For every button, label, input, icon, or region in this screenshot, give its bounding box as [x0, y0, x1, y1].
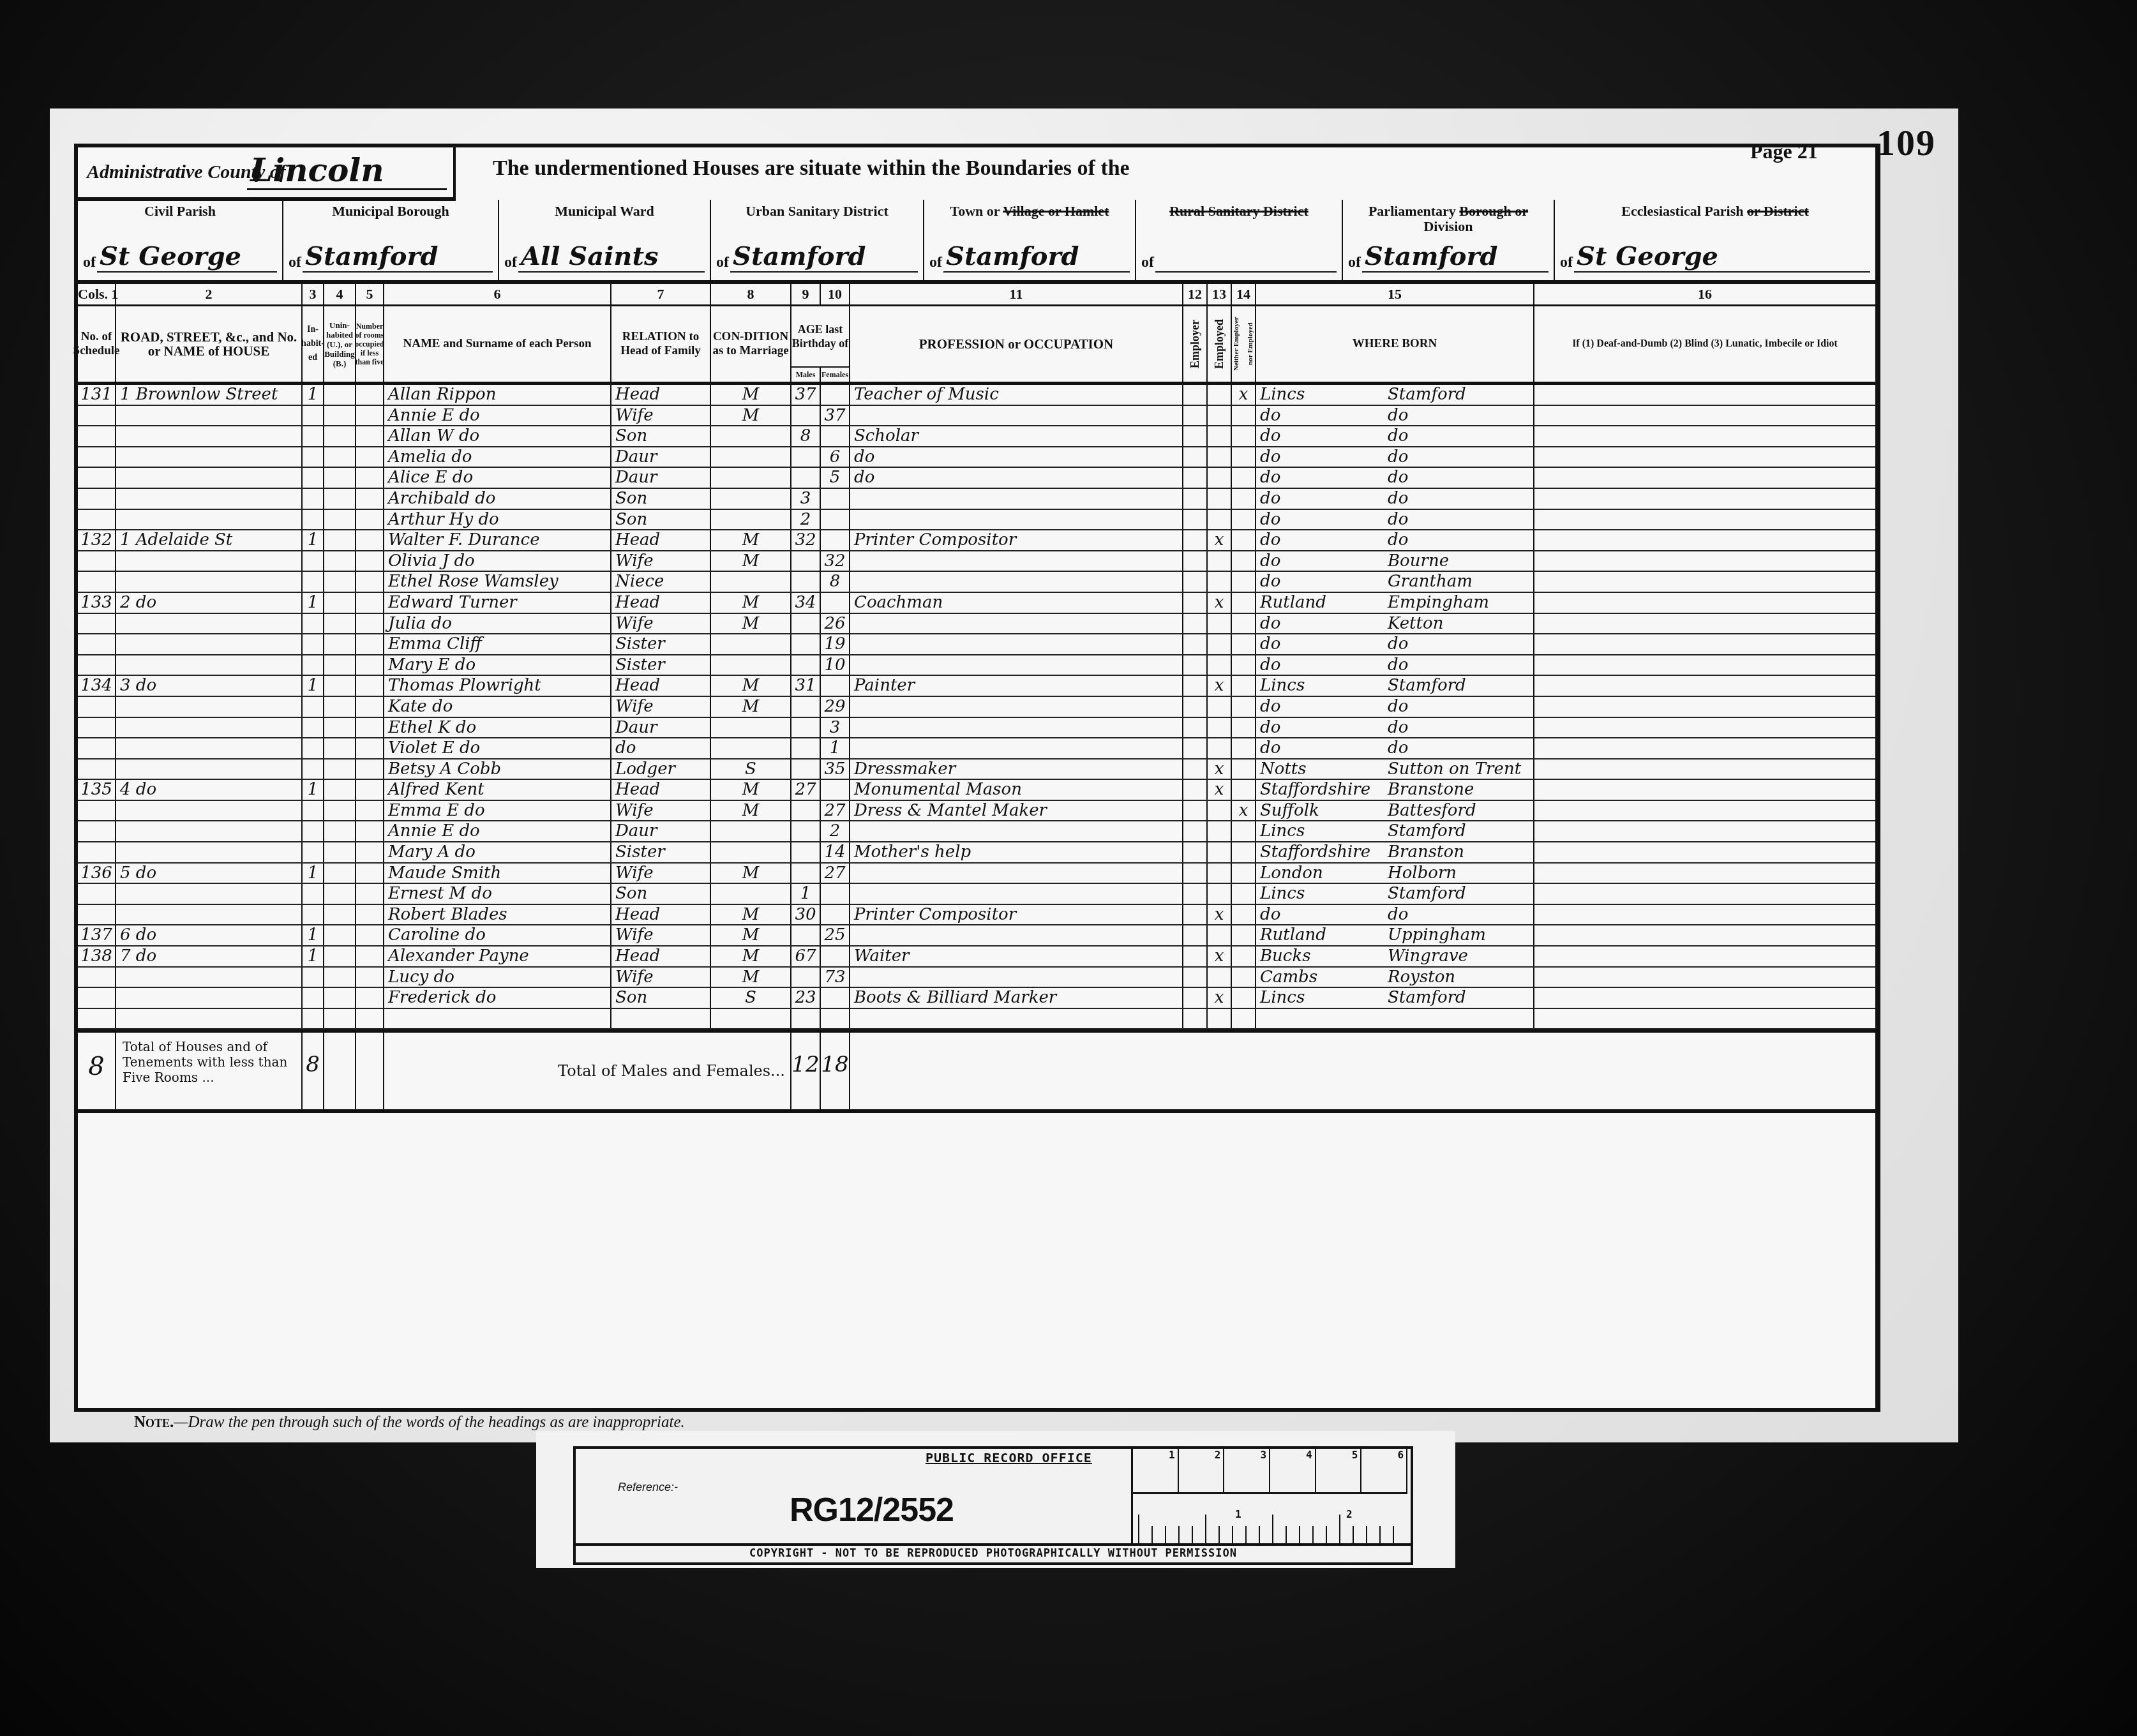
born-place: do — [1388, 697, 1408, 716]
col-num: 8 — [711, 284, 791, 304]
rooms-cell — [356, 905, 384, 925]
age-male — [791, 614, 821, 634]
rooms-cell — [356, 842, 384, 862]
inhabited-count — [303, 447, 324, 467]
rooms-cell — [356, 947, 384, 966]
schedule-number: 132 — [78, 530, 116, 550]
census-enumeration-form: Administrative County of Lincoln The und… — [74, 144, 1880, 1412]
age-female: 26 — [821, 614, 850, 634]
employer-mark — [1183, 905, 1208, 925]
table-row: 1343 do1Thomas PlowrightHeadM31PainterxL… — [78, 676, 1875, 697]
employed-mark — [1208, 489, 1232, 509]
road-address — [116, 426, 303, 446]
born-place: Royston — [1388, 968, 1455, 987]
schedule-number — [78, 968, 116, 987]
ruler-tick — [1326, 1526, 1327, 1544]
ruler-tick — [1232, 1526, 1233, 1544]
schedule-number — [78, 510, 116, 530]
heading-neither-text: Neither Employer nor Employed — [1229, 312, 1257, 376]
born-county: do — [1260, 655, 1388, 675]
employed-mark — [1208, 572, 1232, 592]
employer-mark — [1183, 697, 1208, 717]
employed-mark: x — [1208, 947, 1232, 966]
age-female — [821, 884, 850, 904]
occupation — [850, 572, 1183, 592]
born-place: Sutton on Trent — [1388, 759, 1521, 779]
where-born: NottsSutton on Trent — [1256, 759, 1534, 779]
infirmity-cell — [1534, 489, 1875, 509]
born-county: Lincs — [1260, 821, 1388, 841]
occupation — [850, 551, 1183, 571]
person-name: Edward Turner — [384, 593, 611, 613]
person-name: Julia do — [384, 614, 611, 634]
person-name: Olivia J do — [384, 551, 611, 571]
road-address — [116, 614, 303, 634]
age-female: 10 — [821, 655, 850, 675]
born-county: Lincs — [1260, 988, 1388, 1007]
inhabited-count: 1 — [303, 530, 324, 550]
born-place: Battesford — [1388, 801, 1476, 820]
relation: Head — [611, 947, 711, 966]
born-place: do — [1388, 510, 1408, 529]
age-female: 19 — [821, 634, 850, 654]
marital-condition: M — [711, 614, 791, 634]
total-rooms — [356, 1033, 384, 1109]
where-born: LincsStamford — [1256, 988, 1534, 1008]
rooms-cell — [356, 864, 384, 883]
employed-mark — [1208, 634, 1232, 654]
uninhabited-cell — [324, 634, 356, 654]
occupation: Monumental Mason — [850, 780, 1183, 800]
infirmity-cell — [1534, 780, 1875, 800]
rooms-cell — [356, 884, 384, 904]
neither-mark — [1232, 697, 1256, 717]
occupation — [850, 738, 1183, 758]
person-name: Maude Smith — [384, 864, 611, 883]
road-address — [116, 697, 303, 717]
rooms-cell — [356, 697, 384, 717]
born-place: do — [1388, 530, 1408, 550]
age-male: 8 — [791, 426, 821, 446]
ruler-tick — [1151, 1526, 1153, 1544]
total-houses: 8 — [303, 1033, 324, 1109]
born-county: do — [1260, 738, 1388, 758]
ruler-mark: 4 — [1270, 1449, 1316, 1492]
occupation — [850, 821, 1183, 841]
employed-mark: x — [1208, 759, 1232, 779]
rooms-cell — [356, 510, 384, 530]
born-county: do — [1260, 718, 1388, 737]
age-male — [791, 864, 821, 883]
inhabited-count — [303, 759, 324, 779]
age-female: 1 — [821, 738, 850, 758]
employer-mark — [1183, 489, 1208, 509]
occupation — [850, 697, 1183, 717]
col-num: 3 — [303, 284, 324, 304]
ruler-mark: 1 — [1235, 1508, 1241, 1520]
marital-condition: M — [711, 905, 791, 925]
employer-mark — [1183, 968, 1208, 987]
schedule-number — [78, 759, 116, 779]
neither-mark — [1232, 821, 1256, 841]
inhabited-count — [303, 968, 324, 987]
folio-number: 109 — [1877, 121, 1936, 164]
inhabited-count — [303, 697, 324, 717]
table-row: Violet E dodo1dodo — [78, 738, 1875, 759]
reference-box: PUBLIC RECORD OFFICE Reference:- RG12/25… — [573, 1446, 1413, 1565]
heading-rooms: Number of rooms occupied if less than fi… — [356, 306, 384, 382]
uninhabited-cell — [324, 842, 356, 862]
where-born: StaffordshireBranstone — [1256, 780, 1534, 800]
relation: Head — [611, 676, 711, 696]
marital-condition: M — [711, 864, 791, 883]
infirmity-cell — [1534, 551, 1875, 571]
where-born: SuffolkBattesford — [1256, 801, 1534, 821]
where-born: dodo — [1256, 655, 1534, 675]
age-female: 35 — [821, 759, 850, 779]
rooms-cell — [356, 385, 384, 405]
table-row: Ernest M doSon1LincsStamford — [78, 884, 1875, 905]
schedule-number — [78, 614, 116, 634]
schedule-number — [78, 406, 116, 426]
infirmity-cell — [1534, 947, 1875, 966]
heading-relation: RELATION to Head of Family — [611, 306, 711, 382]
age-female: 8 — [821, 572, 850, 592]
employed-mark — [1208, 718, 1232, 738]
total-males: 12 — [791, 1033, 821, 1109]
note-lead: Note. — [134, 1414, 174, 1431]
area-value: St George — [100, 241, 241, 271]
infirmity-cell — [1534, 988, 1875, 1008]
born-place: Holborn — [1388, 864, 1457, 883]
area-underline — [943, 271, 1130, 273]
neither-mark — [1232, 842, 1256, 862]
where-born: LincsStamford — [1256, 385, 1534, 405]
inhabited-count — [303, 988, 324, 1008]
marital-condition — [711, 821, 791, 841]
infirmity-cell — [1534, 842, 1875, 862]
born-county: do — [1260, 614, 1388, 633]
age-male: 1 — [791, 884, 821, 904]
relation: Wife — [611, 614, 711, 634]
born-place: Wingrave — [1388, 947, 1468, 966]
table-row: Betsy A CobbLodgerS35DressmakerxNottsSut… — [78, 759, 1875, 781]
where-born — [1256, 1009, 1534, 1029]
person-name: Thomas Plowright — [384, 676, 611, 696]
where-born: dodo — [1256, 530, 1534, 550]
area-underline — [1574, 271, 1870, 273]
column-heading-row: No. of Schedule ROAD, STREET, &c., and N… — [78, 306, 1875, 385]
uninhabited-cell — [324, 468, 356, 488]
born-county: Notts — [1260, 759, 1388, 779]
rural-sanitary-district-area: Rural Sanitary District of — [1136, 200, 1343, 280]
employer-mark — [1183, 988, 1208, 1008]
infirmity-cell — [1534, 655, 1875, 675]
born-place: Stamford — [1388, 884, 1466, 903]
column-number-row: Cols. 1 2 3 4 5 6 7 8 9 10 11 12 13 14 1… — [78, 284, 1875, 306]
uninhabited-cell — [324, 676, 356, 696]
marital-condition: M — [711, 676, 791, 696]
where-born: LincsStamford — [1256, 884, 1534, 904]
area-underline — [518, 271, 705, 273]
employer-mark — [1183, 551, 1208, 571]
area-value: All Saints — [521, 241, 658, 271]
table-row: Robert BladesHeadM30Printer Compositorxd… — [78, 905, 1875, 926]
employer-mark — [1183, 821, 1208, 841]
occupation — [850, 884, 1183, 904]
rooms-cell — [356, 406, 384, 426]
age-male — [791, 821, 821, 841]
area-value: Stamford — [733, 241, 866, 271]
person-name: Emma E do — [384, 801, 611, 821]
employed-mark — [1208, 614, 1232, 634]
employed-mark — [1208, 697, 1232, 717]
scale-ruler: 1 2 3 4 5 6 1 2 — [1131, 1449, 1407, 1543]
born-county: Lincs — [1260, 385, 1388, 404]
uninhabited-cell — [324, 426, 356, 446]
born-county: do — [1260, 468, 1388, 487]
col-num: 13 — [1208, 284, 1232, 304]
road-address — [116, 759, 303, 779]
of-label: of — [1348, 254, 1361, 271]
employed-mark: x — [1208, 988, 1232, 1008]
table-row: Olivia J doWifeM32doBourne — [78, 551, 1875, 572]
relation: Son — [611, 510, 711, 530]
where-born: dodo — [1256, 718, 1534, 738]
col-num: 14 — [1232, 284, 1256, 304]
table-row: 1321 Adelaide St1Walter F. DuranceHeadM3… — [78, 530, 1875, 551]
ruler-mark: 6 — [1361, 1449, 1407, 1492]
road-address — [116, 738, 303, 758]
age-male — [791, 447, 821, 467]
rooms-cell — [356, 968, 384, 987]
age-male: 30 — [791, 905, 821, 925]
occupation — [850, 655, 1183, 675]
road-address: 6 do — [116, 925, 303, 945]
rooms-cell — [356, 801, 384, 821]
age-female: 6 — [821, 447, 850, 467]
heading-age-sub: Males Females — [791, 366, 849, 382]
inhabited-count — [303, 510, 324, 530]
table-row — [78, 1009, 1875, 1030]
table-row: Arthur Hy doSon2dodo — [78, 510, 1875, 531]
area-label: Rural Sanitary District — [1136, 204, 1342, 219]
age-male — [791, 718, 821, 738]
age-male — [791, 925, 821, 945]
where-born: StaffordshireBranston — [1256, 842, 1534, 862]
employer-mark — [1183, 676, 1208, 696]
employed-mark — [1208, 925, 1232, 945]
age-female: 14 — [821, 842, 850, 862]
inhabited-count — [303, 489, 324, 509]
table-row: Mary E doSister10dodo — [78, 655, 1875, 677]
age-male — [791, 655, 821, 675]
where-born: dodo — [1256, 406, 1534, 426]
marital-condition — [711, 842, 791, 862]
table-row: Emma CliffSister19dodo — [78, 634, 1875, 655]
occupation: do — [850, 468, 1183, 488]
road-address — [116, 1009, 303, 1029]
age-male: 31 — [791, 676, 821, 696]
area-value: Stamford — [946, 241, 1079, 271]
age-male — [791, 1009, 821, 1029]
neither-mark — [1232, 905, 1256, 925]
schedule-number: 136 — [78, 864, 116, 883]
person-name: Ernest M do — [384, 884, 611, 904]
uninhabited-cell — [324, 947, 356, 966]
born-county: Lincs — [1260, 676, 1388, 695]
ruler-tick — [1379, 1526, 1381, 1544]
table-row: Archibald doSon3dodo — [78, 489, 1875, 510]
rooms-cell — [356, 593, 384, 613]
relation: Son — [611, 988, 711, 1008]
age-male — [791, 468, 821, 488]
where-born: doBourne — [1256, 551, 1534, 571]
infirmity-cell — [1534, 530, 1875, 550]
person-name: Walter F. Durance — [384, 530, 611, 550]
form-header: Administrative County of Lincoln The und… — [78, 147, 1875, 200]
born-county: do — [1260, 905, 1388, 924]
uninhabited-cell — [324, 968, 356, 987]
schedule-number: 135 — [78, 780, 116, 800]
inhabited-count — [303, 842, 324, 862]
label-kept: Town or — [950, 203, 1000, 219]
ecclesiastical-parish-area: Ecclesiastical Parish or District of St … — [1555, 200, 1875, 280]
inhabited-count — [303, 551, 324, 571]
where-born: LincsStamford — [1256, 821, 1534, 841]
where-born: LincsStamford — [1256, 676, 1534, 696]
ruler-tick — [1312, 1526, 1314, 1544]
uninhabited-cell — [324, 572, 356, 592]
employer-mark — [1183, 925, 1208, 945]
age-male: 2 — [791, 510, 821, 530]
person-name: Alexander Payne — [384, 947, 611, 966]
uninhabited-cell — [324, 905, 356, 925]
heading-schedule: No. of Schedule — [78, 306, 116, 382]
rooms-cell — [356, 551, 384, 571]
road-address — [116, 468, 303, 488]
census-rows: 1311 Brownlow Street1Allan RipponHeadM37… — [78, 385, 1875, 1029]
ruler-tick — [1192, 1526, 1193, 1544]
copyright-notice: COPYRIGHT - NOT TO BE REPRODUCED PHOTOGR… — [576, 1543, 1411, 1560]
uninhabited-cell — [324, 1009, 356, 1029]
col-num: 15 — [1256, 284, 1534, 304]
relation: Daur — [611, 718, 711, 738]
heading-age: AGE last Birthday of Males Females — [791, 306, 850, 382]
table-row: 1332 do1Edward TurnerHeadM34CoachmanxRut… — [78, 593, 1875, 614]
employer-mark — [1183, 738, 1208, 758]
heading-where-born: WHERE BORN — [1256, 306, 1534, 382]
rooms-cell — [356, 426, 384, 446]
born-place: Stamford — [1388, 988, 1466, 1007]
relation: Head — [611, 385, 711, 405]
infirmity-cell — [1534, 385, 1875, 405]
infirmity-cell — [1534, 864, 1875, 883]
table-row: Frederick doSonS23Boots & Billiard Marke… — [78, 988, 1875, 1009]
person-name: Robert Blades — [384, 905, 611, 925]
employed-mark — [1208, 406, 1232, 426]
neither-mark — [1232, 759, 1256, 779]
born-place: Grantham — [1388, 572, 1473, 591]
ruler-tick — [1218, 1526, 1220, 1544]
schedule-number — [78, 821, 116, 841]
schedule-number: 137 — [78, 925, 116, 945]
relation: Wife — [611, 406, 711, 426]
col-num: 5 — [356, 284, 384, 304]
ruler-tick — [1286, 1526, 1287, 1544]
uninhabited-cell — [324, 489, 356, 509]
schedule-number — [78, 468, 116, 488]
age-male — [791, 842, 821, 862]
of-label: of — [83, 254, 96, 271]
county-value: Lincoln — [250, 151, 384, 189]
inhabited-count: 1 — [303, 385, 324, 405]
inhabited-count: 1 — [303, 947, 324, 966]
occupation: Scholar — [850, 426, 1183, 446]
age-female: 3 — [821, 718, 850, 738]
marital-condition — [711, 634, 791, 654]
road-address — [116, 655, 303, 675]
inhabited-count — [303, 1009, 324, 1029]
relation: Niece — [611, 572, 711, 592]
road-address — [116, 821, 303, 841]
table-row: Amelia doDaur6dododo — [78, 447, 1875, 468]
born-place: do — [1388, 406, 1408, 425]
infirmity-cell — [1534, 718, 1875, 738]
person-name: Allan W do — [384, 426, 611, 446]
schedule-number — [78, 1009, 116, 1029]
marital-condition: S — [711, 759, 791, 779]
neither-mark — [1232, 510, 1256, 530]
area-label: Civil Parish — [78, 204, 282, 219]
road-address — [116, 988, 303, 1008]
infirmity-cell — [1534, 593, 1875, 613]
neither-mark — [1232, 864, 1256, 883]
table-row: Alice E doDaur5dododo — [78, 468, 1875, 489]
inhabited-count — [303, 426, 324, 446]
area-label: Municipal Ward — [499, 204, 710, 219]
road-address — [116, 634, 303, 654]
ruler-mark: 5 — [1316, 1449, 1362, 1492]
employer-mark — [1183, 593, 1208, 613]
urban-sanitary-district-area: Urban Sanitary District of Stamford — [711, 200, 924, 280]
inhabited-count — [303, 572, 324, 592]
label-kept-2: Division — [1423, 218, 1473, 234]
inhabited-count — [303, 718, 324, 738]
municipal-borough-area: Municipal Borough of Stamford — [283, 200, 499, 280]
road-address — [116, 884, 303, 904]
totals-row: 8 Total of Houses and of Tenements with … — [78, 1029, 1875, 1113]
age-female — [821, 780, 850, 800]
label-struck: Borough or — [1459, 203, 1528, 219]
infirmity-cell — [1534, 738, 1875, 758]
age-female: 73 — [821, 968, 850, 987]
age-female — [821, 905, 850, 925]
born-county: do — [1260, 489, 1388, 508]
schedule-number — [78, 738, 116, 758]
record-office-name: PUBLIC RECORD OFFICE — [926, 1450, 1092, 1465]
schedule-number — [78, 551, 116, 571]
rooms-cell — [356, 780, 384, 800]
person-name: Kate do — [384, 697, 611, 717]
employed-mark — [1208, 842, 1232, 862]
employed-mark — [1208, 738, 1232, 758]
marital-condition — [711, 510, 791, 530]
schedule-number — [78, 426, 116, 446]
neither-mark — [1232, 925, 1256, 945]
occupation — [850, 968, 1183, 987]
age-male: 27 — [791, 780, 821, 800]
